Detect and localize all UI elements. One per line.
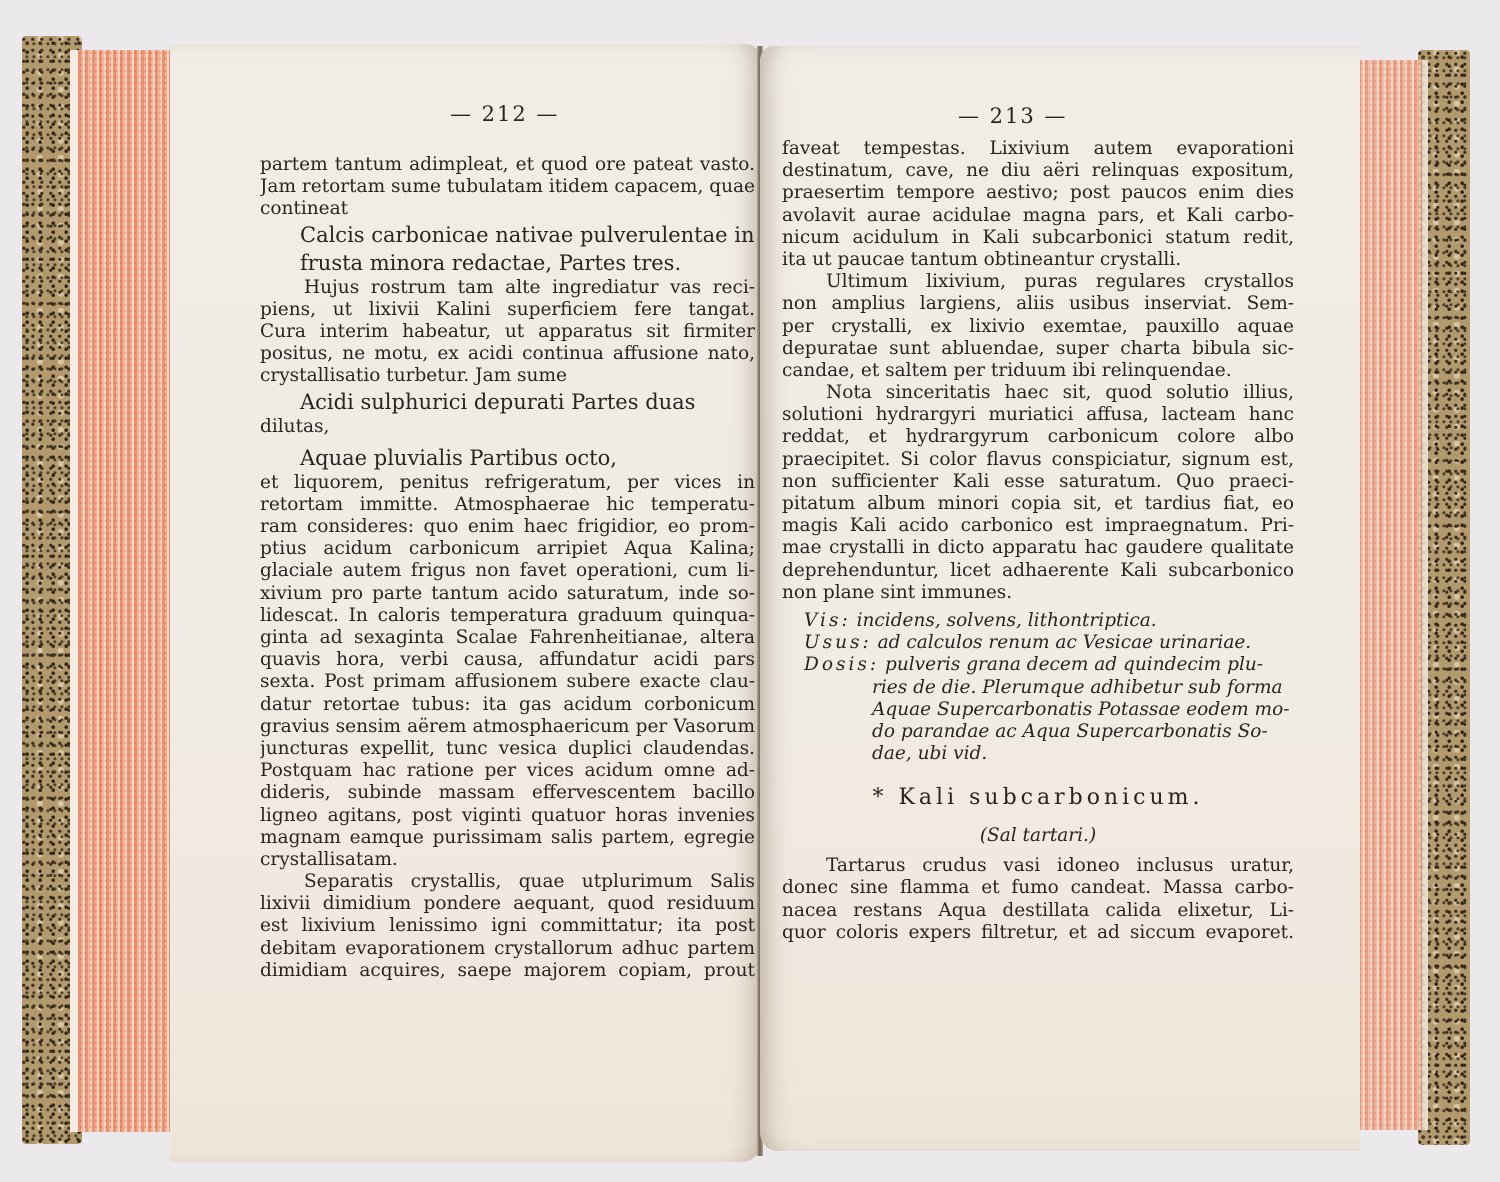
- text-line: avolavit aurae acidulae magna pars, et K…: [782, 205, 1294, 227]
- page-number: — 212 —: [450, 102, 559, 126]
- text-line: sexta. Post primam affusionem subere exa…: [260, 671, 755, 693]
- text-line: reddat, et hydrargyrum carbonicum colore…: [782, 426, 1294, 448]
- property-value: ad calculos renum ac Vesicae urinariae.: [878, 632, 1252, 653]
- text-line: Tartarus crudus vasi idoneo inclusus ura…: [782, 855, 1294, 877]
- ingredient-line: Calcis carbonicae nativae pulverulentae …: [260, 221, 755, 249]
- text-line: Cura interim habeatur, ut apparatus sit …: [260, 321, 755, 343]
- text-line: depuratae sunt abluendae, super charta b…: [782, 338, 1294, 360]
- text-line: juncturas expellit, tunc vesica duplici …: [260, 738, 755, 760]
- property-vis: Vis: incidens, solvens, lithontriptica.: [782, 610, 1294, 632]
- property-value: pulveris grana decem ad quindecim plu-: [885, 654, 1263, 675]
- text-line: candae, et saltem per triduum ibi relinq…: [782, 360, 1294, 382]
- text-line: magis Kali acido carbonico est impraegna…: [782, 515, 1294, 537]
- text-line: faveat tempestas. Lixivium autem evapora…: [782, 138, 1294, 160]
- text-line: dideris, subinde massam effervescentem b…: [260, 782, 755, 804]
- text-line: partem tantum adimpleat, et quod ore pat…: [260, 154, 755, 176]
- left-page: — 212 — partem tantum adimpleat, et quod…: [170, 44, 760, 1162]
- text-line: Ultimum lixivium, puras regulares crysta…: [782, 271, 1294, 293]
- ingredient-line: Acidi sulphurici depurati Partes duas: [260, 388, 755, 416]
- text-line: glaciale autem frigus non favet operatio…: [260, 560, 755, 582]
- text-line: ptius acidum carbonicum arripiet Aqua Ka…: [260, 538, 755, 560]
- property-dosis: Dosis: pulveris grana decem ad quindecim…: [782, 654, 1294, 676]
- text-line: piens, ut lixivii Kalini superficiem fer…: [260, 299, 755, 321]
- text-line: solutioni hydrargyri muriatici affusa, l…: [782, 404, 1294, 426]
- text-line: Hujus rostrum tam alte ingrediatur vas r…: [260, 277, 755, 299]
- text-line: ram consideres: quo enim haec frigidior,…: [260, 516, 755, 538]
- text-line: quor coloris expers filtretur, et ad sic…: [782, 922, 1294, 944]
- property-continuation: ries de die. Plerumque adhibetur sub for…: [782, 677, 1294, 699]
- right-page: — 213 — faveat tempestas. Lixivium autem…: [760, 46, 1360, 1151]
- ingredient-line: Aquae pluvialis Partibus octo,: [260, 444, 755, 472]
- text-line: per crystalli, ex lixivio exemtae, pauxi…: [782, 316, 1294, 338]
- property-label: Usus:: [804, 632, 872, 653]
- text-line: non plane sint immunes.: [782, 582, 1294, 604]
- text-line: crystallisatio turbetur. Jam sume: [260, 365, 755, 387]
- section-heading: * Kali subcarbonicum.: [782, 787, 1294, 821]
- text-line: crystallisatam.: [260, 849, 755, 871]
- text-line: magnam eamque purissimam salis partem, e…: [260, 827, 755, 849]
- page-block-edge-left: [70, 50, 178, 1132]
- text-line: dilutas,: [260, 416, 755, 438]
- page-block-edge-right: [1358, 60, 1428, 1130]
- page-body: partem tantum adimpleat, et quod ore pat…: [260, 154, 755, 982]
- text-line: nacea restans Aqua destillata calida eli…: [782, 900, 1294, 922]
- property-label: Dosis:: [804, 654, 879, 675]
- text-line: mae crystalli in dicto apparatu hac gaud…: [782, 537, 1294, 559]
- text-line: debitam evaporationem crystallorum adhuc…: [260, 938, 755, 960]
- text-line: xivium pro parte tantum acido saturatum,…: [260, 583, 755, 605]
- text-line: praecipitet. Si color flavus conspiciatu…: [782, 449, 1294, 471]
- text-line: et liquorem, penitus refrigeratum, per v…: [260, 472, 755, 494]
- page-body: faveat tempestas. Lixivium autem evapora…: [782, 138, 1294, 944]
- text-line: gravius sensim aërem atmosphaericum per …: [260, 716, 755, 738]
- text-line: nicum acidulum in Kali subcarbonici stat…: [782, 227, 1294, 249]
- text-line: ita ut paucae tantum obtineantur crystal…: [782, 249, 1294, 271]
- page-number: — 213 —: [958, 104, 1067, 128]
- property-value: incidens, solvens, lithontriptica.: [857, 610, 1157, 631]
- text-line: non sufficienter Kali esse saturatum. Qu…: [782, 471, 1294, 493]
- text-line: donec sine flamma et fumo candeat. Massa…: [782, 877, 1294, 899]
- property-continuation: dae, ubi vid.: [782, 743, 1294, 765]
- text-line: Jam retortam sume tubulatam itidem capac…: [260, 176, 755, 198]
- text-line: est lixivium lenissimo igni committatur;…: [260, 915, 755, 937]
- text-line: destinatum, cave, ne diu aëri relinquas …: [782, 160, 1294, 182]
- property-continuation: do parandae ac Aqua Supercarbonatis So-: [782, 721, 1294, 743]
- text-line: contineat: [260, 198, 755, 220]
- text-line: datur retortae tubus: ita gas acidum cor…: [260, 694, 755, 716]
- text-line: pitatum album minori copia sit, et tardi…: [782, 493, 1294, 515]
- text-line: praesertim tempore aestivo; post paucos …: [782, 182, 1294, 204]
- text-line: retortam immitte. Atmosphaerae hic tempe…: [260, 494, 755, 516]
- text-line: ligneo agitans, post viginti quatuor hor…: [260, 805, 755, 827]
- section-subheading: (Sal tartari.): [782, 821, 1294, 855]
- ingredient-line: frusta minora redactae, Partes tres.: [260, 249, 755, 277]
- text-line: non amplius largiens, aliis usibus inser…: [782, 293, 1294, 315]
- text-line: Nota sinceritatis haec sit, quod solutio…: [782, 382, 1294, 404]
- property-usus: Usus: ad calculos renum ac Vesicae urina…: [782, 632, 1294, 654]
- text-line: ginta ad sexaginta Scalae Fahrenheitiana…: [260, 627, 755, 649]
- text-line: lixivii dimidium pondere aequant, quod r…: [260, 893, 755, 915]
- property-continuation: Aquae Supercarbonatis Potassae eodem mo-: [782, 699, 1294, 721]
- text-line: positus, ne motu, ex acidi continua affu…: [260, 343, 755, 365]
- text-line: Postquam hac ratione per vices acidum om…: [260, 760, 755, 782]
- text-line: lidescat. In caloris temperatura graduum…: [260, 605, 755, 627]
- text-line: dimidiam acquires, saepe majorem copiam,…: [260, 960, 755, 982]
- text-line: Separatis crystallis, quae utplurimum Sa…: [260, 871, 755, 893]
- text-line: quavis hora, verbi causa, affundatur aci…: [260, 649, 755, 671]
- property-label: Vis:: [804, 610, 851, 631]
- text-line: deprehenduntur, licet adhaerente Kali su…: [782, 560, 1294, 582]
